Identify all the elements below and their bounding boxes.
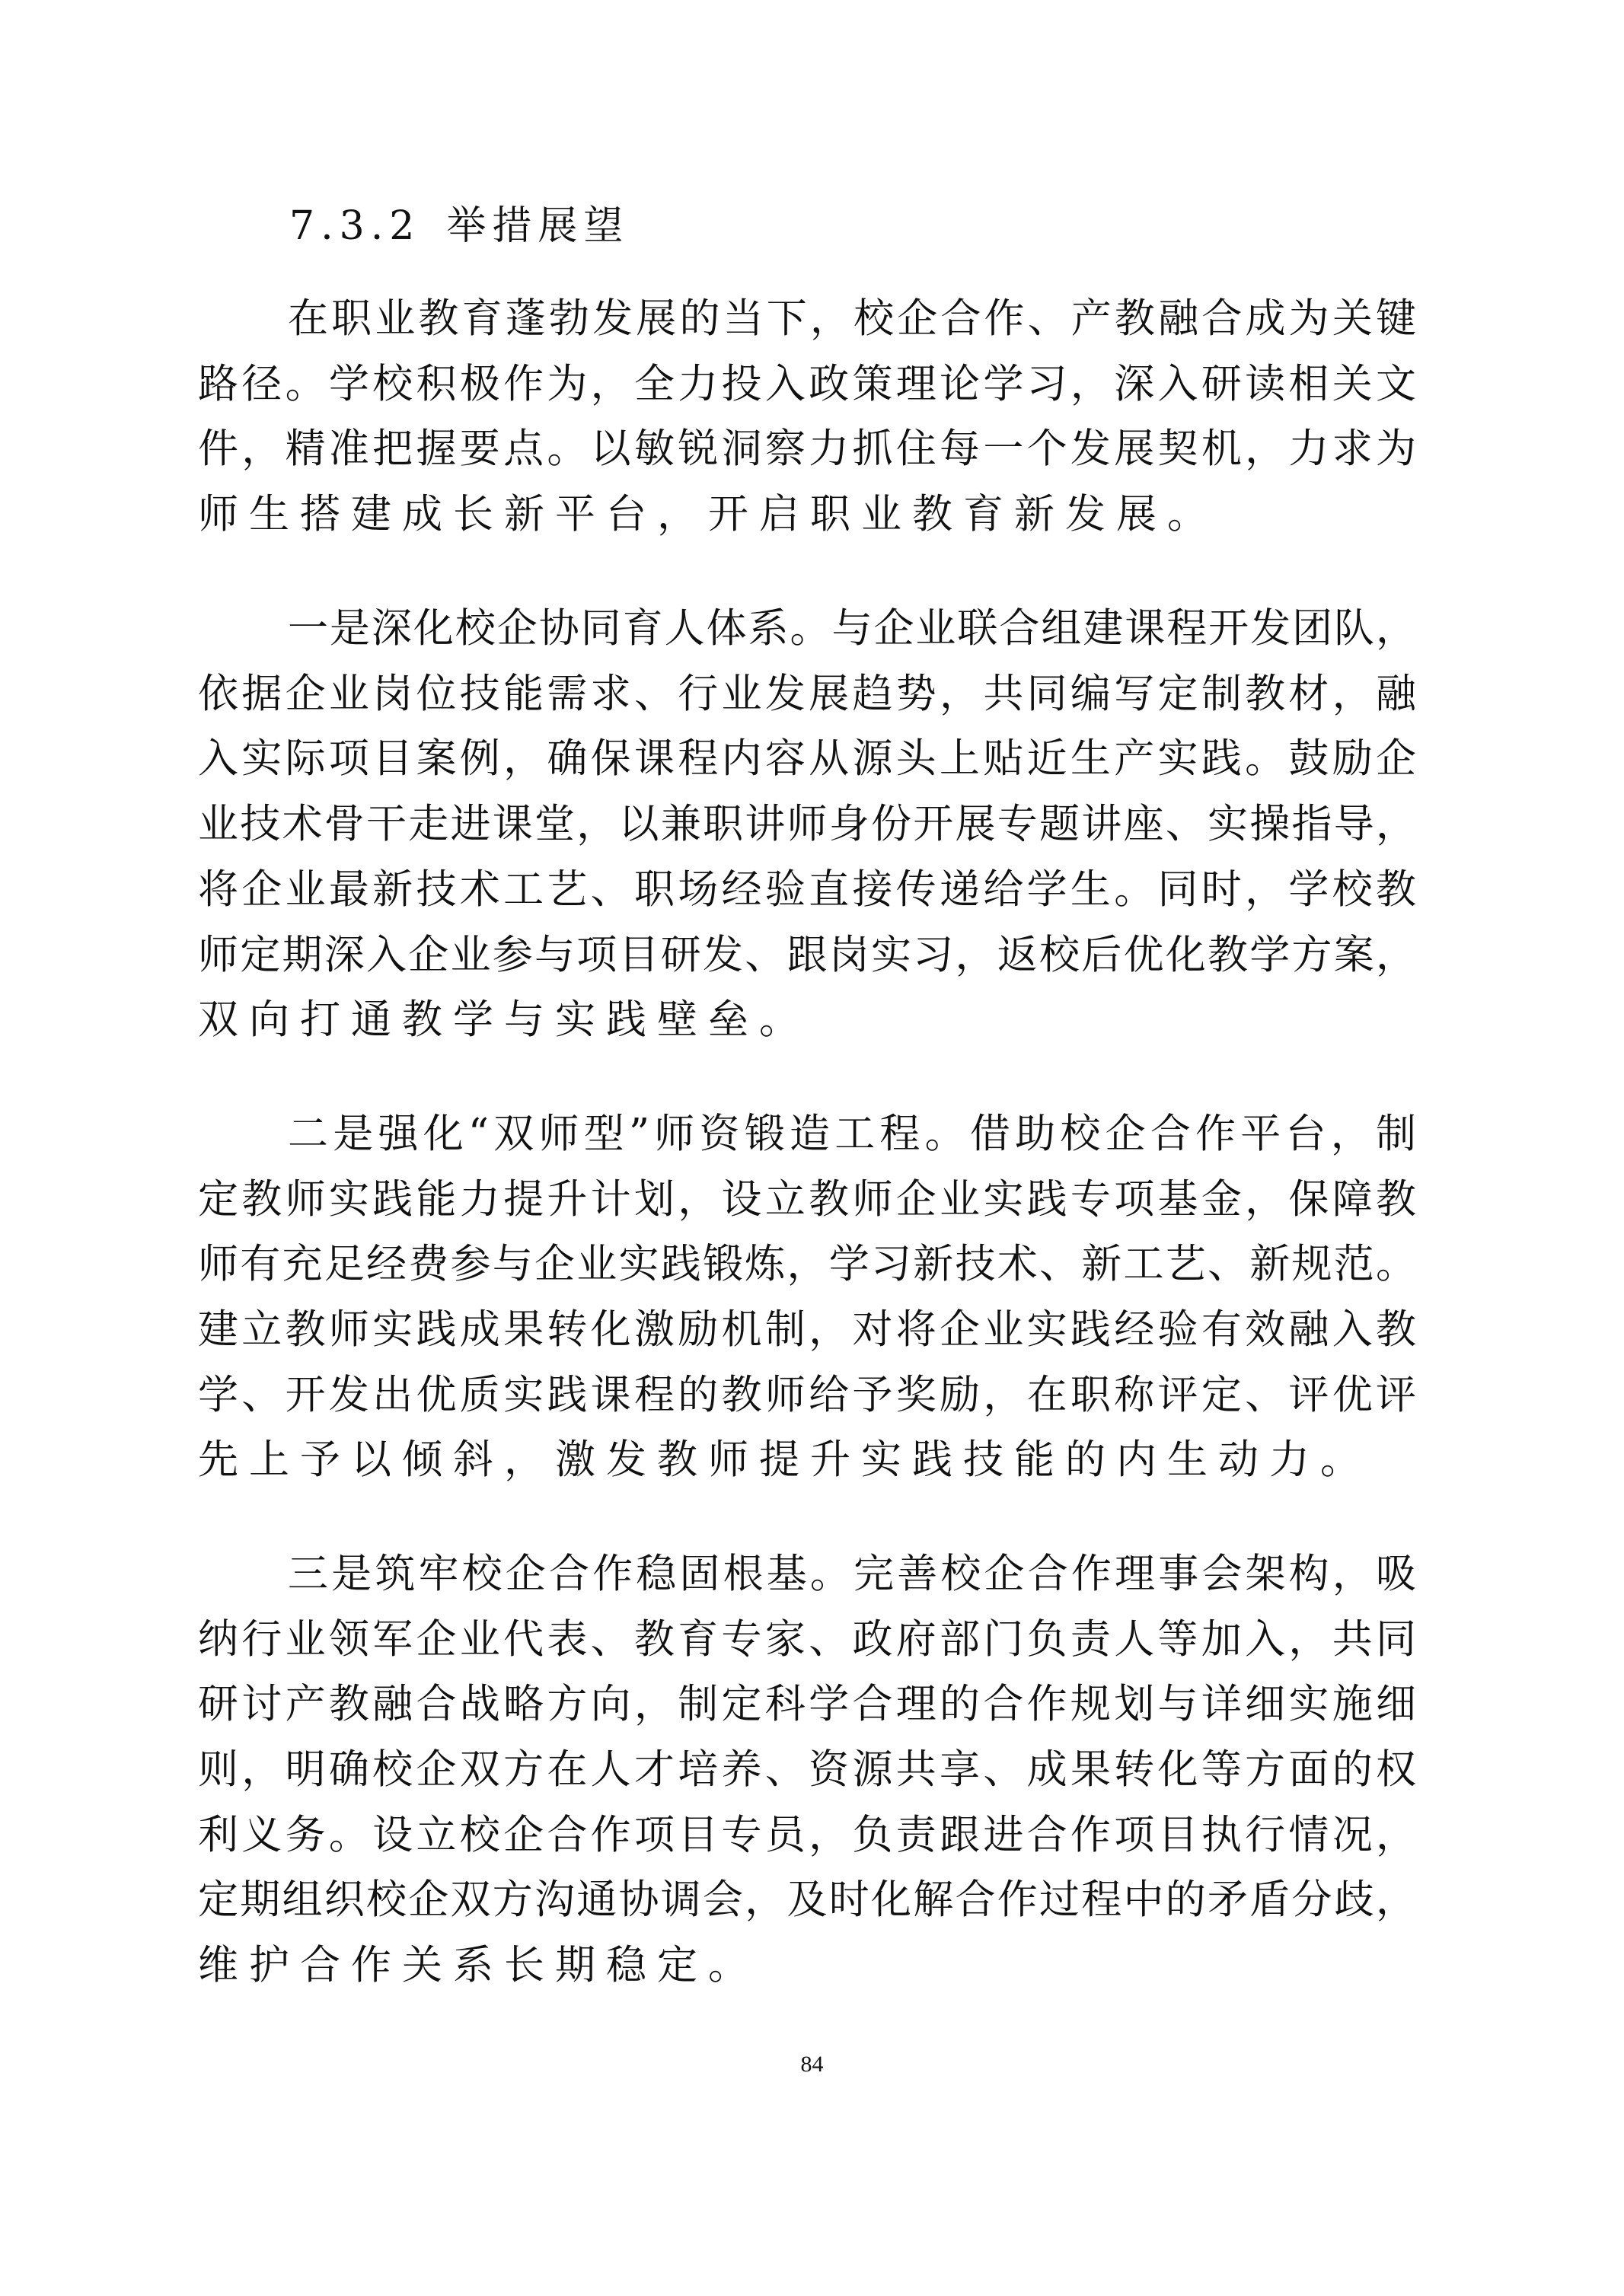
section-number: 7.3.2: [289, 203, 420, 249]
paragraph-4-line-4: 则，明确校企双方在人才培养、资源共享、成果转化等方面的权: [198, 1737, 1416, 1803]
paragraph-3-line-4: 建立教师实践成果转化激励机制，对将企业实践经验有效融入教: [198, 1297, 1416, 1363]
section-heading: 7.3.2举措展望: [289, 199, 629, 253]
paragraph-4-line-1: 三是筑牢校企合作稳固根基。完善校企合作理事会架构，吸: [288, 1542, 1416, 1607]
paragraph-2-line-6: 师定期深入企业参与项目研发、跟岗实习，返校后优化教学方案，: [198, 923, 1416, 988]
paragraph-1-line-3: 件，精准把握要点。以敏锐洞察力抓住每一个发展契机，力求为: [198, 416, 1416, 482]
section-title: 举措展望: [446, 203, 629, 249]
paragraph-3-line-1: 二是强化“双师型”师资锻造工程。借助校企合作平台，制: [288, 1102, 1416, 1167]
paragraph-3-line-3: 师有充足经费参与企业实践锻炼，学习新技术、新工艺、新规范。: [198, 1232, 1416, 1297]
paragraph-2-line-3: 入实际项目案例，确保课程内容从源头上贴近生产实践。鼓励企: [198, 726, 1416, 792]
page-number: 84: [0, 2052, 1624, 2078]
paragraph-1-line-4: 师生搭建成长新平台，开启职业教育新发展。: [198, 482, 1416, 547]
paragraph-3-line-2: 定教师实践能力提升计划，设立教师企业实践专项基金，保障教: [198, 1167, 1416, 1233]
paragraph-2-line-2: 依据企业岗位技能需求、行业发展趋势，共同编写定制教材，融: [198, 662, 1416, 727]
paragraph-4-line-2: 纳行业领军企业代表、教育专家、政府部门负责人等加入，共同: [198, 1607, 1416, 1673]
paragraph-3-line-5: 学、开发出优质实践课程的教师给予奖励，在职称评定、评优评: [198, 1363, 1416, 1428]
paragraph-4-line-6: 定期组织校企双方沟通协调会，及时化解合作过程中的矛盾分歧，: [198, 1867, 1416, 1933]
paragraph-1-line-1: 在职业教育蓬勃发展的当下，校企合作、产教融合成为关键: [288, 286, 1416, 352]
paragraph-4-line-3: 研讨产教融合战略方向，制定科学合理的合作规划与详细实施细: [198, 1672, 1416, 1737]
paragraph-2-line-4: 业技术骨干走进课堂，以兼职讲师身份开展专题讲座、实操指导，: [198, 792, 1416, 857]
paragraph-4-line-5: 利义务。设立校企合作项目专员，负责跟进合作项目执行情况，: [198, 1803, 1416, 1868]
paragraph-1-line-2: 路径。学校积极作为，全力投入政策理论学习，深入研读相关文: [198, 352, 1416, 417]
document-page: 7.3.2举措展望 在职业教育蓬勃发展的当下，校企合作、产教融合成为关键 路径。…: [0, 0, 1624, 2296]
paragraph-4-line-7: 维护合作关系长期稳定。: [198, 1933, 1416, 1998]
paragraph-3-line-6: 先上予以倾斜，激发教师提升实践技能的内生动力。: [198, 1427, 1416, 1493]
paragraph-2-line-5: 将企业最新技术工艺、职场经验直接传递给学生。同时，学校教: [198, 857, 1416, 923]
paragraph-2-line-7: 双向打通教学与实践壁垒。: [198, 987, 1416, 1053]
paragraph-2-line-1: 一是深化校企协同育人体系。与企业联合组建课程开发团队，: [288, 596, 1416, 662]
